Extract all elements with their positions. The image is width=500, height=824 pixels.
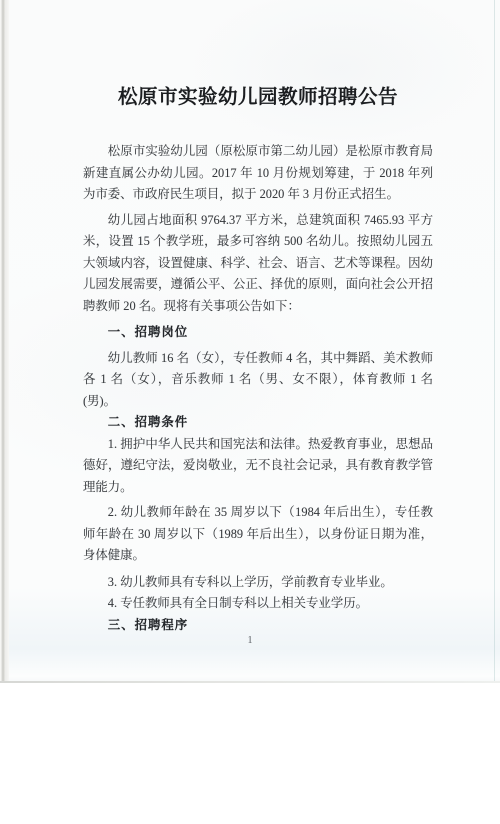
scanned-document-canvas: 松原市实验幼儿园教师招聘公告 松原市实验幼儿园（原松原市第二幼儿园）是松原市教育…	[0, 0, 500, 824]
condition-item-1: 1. 拥护中华人民共和国宪法和法律。热爱教育事业，思想品德好，遵纪守法，爱岗敬业…	[83, 434, 433, 499]
condition-item-2: 2. 幼儿教师年龄在 35 周岁以下（1984 年后出生），专任教师年龄在 30…	[83, 502, 433, 567]
section-heading-recruitment-conditions: 二、招聘条件	[83, 412, 433, 434]
intro-paragraph-2: 幼儿园占地面积 9764.37 平方米，总建筑面积 7465.93 平方米，设置…	[83, 210, 433, 318]
document-title: 松原市实验幼儿园教师招聘公告	[83, 85, 433, 111]
document-body: 松原市实验幼儿园教师招聘公告 松原市实验幼儿园（原松原市第二幼儿园）是松原市教育…	[83, 85, 433, 636]
page-bottom-edge-shadow	[0, 681, 500, 683]
condition-item-3: 3. 幼儿教师具有专科以上学历，学前教育专业毕业。	[83, 572, 433, 594]
positions-paragraph: 幼儿教师 16 名（女），专任教师 4 名，其中舞蹈、美术教师各 1 名（女），…	[83, 348, 433, 413]
scan-left-edge-shadow	[0, 0, 9, 683]
page-number: 1	[0, 635, 500, 647]
intro-paragraph-1: 松原市实验幼儿园（原松原市第二幼儿园）是松原市教育局新建直属公办幼儿园。2017…	[83, 141, 433, 206]
scan-page: 松原市实验幼儿园教师招聘公告 松原市实验幼儿园（原松原市第二幼儿园）是松原市教育…	[0, 0, 500, 683]
condition-item-4: 4. 专任教师具有全日制专科以上相关专业学历。	[83, 593, 433, 615]
scan-right-edge-line	[494, 0, 495, 682]
section-heading-recruitment-procedure: 三、招聘程序	[83, 615, 433, 637]
section-heading-recruitment-positions: 一、招聘岗位	[83, 322, 433, 344]
